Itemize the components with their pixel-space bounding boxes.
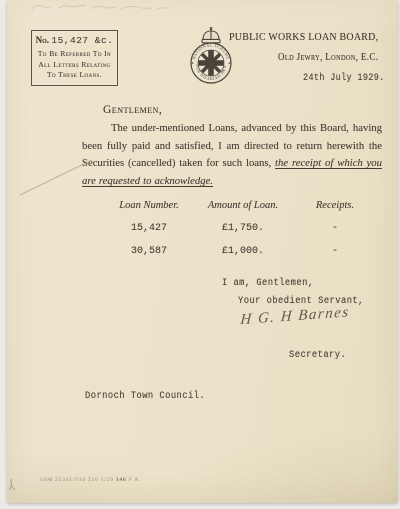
column-header-loan-number: Loan Number. xyxy=(99,200,199,211)
letter-date: 24th July 1929. xyxy=(303,73,385,84)
table-cell-receipts: - xyxy=(285,246,385,257)
organisation-address: Old Jewry, London, E.C. xyxy=(278,52,378,63)
pencil-check-mark xyxy=(17,157,97,199)
table-cell-loan-number: 15,427 xyxy=(99,223,199,234)
pencil-annotation xyxy=(29,1,181,14)
crown-icon xyxy=(202,28,220,43)
reference-note-line: To Be Referred To In xyxy=(32,49,117,60)
imprint-left: 50M 25345/934 250 5/29 xyxy=(40,477,114,483)
table-cell-amount: £1,750. xyxy=(193,223,293,234)
table-cell-amount: £1,000. xyxy=(193,246,293,257)
reference-note-line: All Letters Relating xyxy=(32,60,117,71)
signatory-title: Secretary. xyxy=(289,350,346,361)
national-scheme-badge-icon: NATIONAL SCHEME FOR DISABLED MEN xyxy=(187,26,235,86)
imprint-right: F A xyxy=(129,477,140,483)
table-cell-loan-number: 30,587 xyxy=(99,246,199,257)
column-header-receipts: Receipts. xyxy=(285,200,385,211)
table-cell-receipts: - xyxy=(285,223,385,234)
scanned-letter-page: No. 15,427 &c. To Be Referred To In All … xyxy=(0,0,400,509)
pencil-margin-mark xyxy=(7,476,16,493)
reference-note-line: To These Loans. xyxy=(32,70,117,81)
valediction-line: I am, Gentlemen, xyxy=(222,278,314,289)
addressee: Dornoch Town Council. xyxy=(85,391,205,402)
body-paragraph: The under-mentioned Loans, advanced by t… xyxy=(82,120,382,191)
signature: H G. H Barnes xyxy=(240,304,350,329)
reference-number: 15,427 &c. xyxy=(51,35,113,46)
printer-imprint: 50M 25345/934 250 5/29 146 F A xyxy=(40,477,139,483)
reference-note: To Be Referred To In All Letters Relatin… xyxy=(32,49,117,81)
organisation-name: PUBLIC WORKS LOAN BOARD, xyxy=(229,31,378,43)
reference-no-label: No. xyxy=(36,35,49,45)
letter-paper: No. 15,427 &c. To Be Referred To In All … xyxy=(7,0,398,503)
reference-number-line: No. 15,427 &c. xyxy=(32,35,117,46)
imprint-number: 146 xyxy=(116,477,127,483)
salutation: Gentlemen, xyxy=(103,104,162,116)
column-header-amount: Amount of Loan. xyxy=(193,200,293,211)
reference-box: No. 15,427 &c. To Be Referred To In All … xyxy=(31,30,118,86)
